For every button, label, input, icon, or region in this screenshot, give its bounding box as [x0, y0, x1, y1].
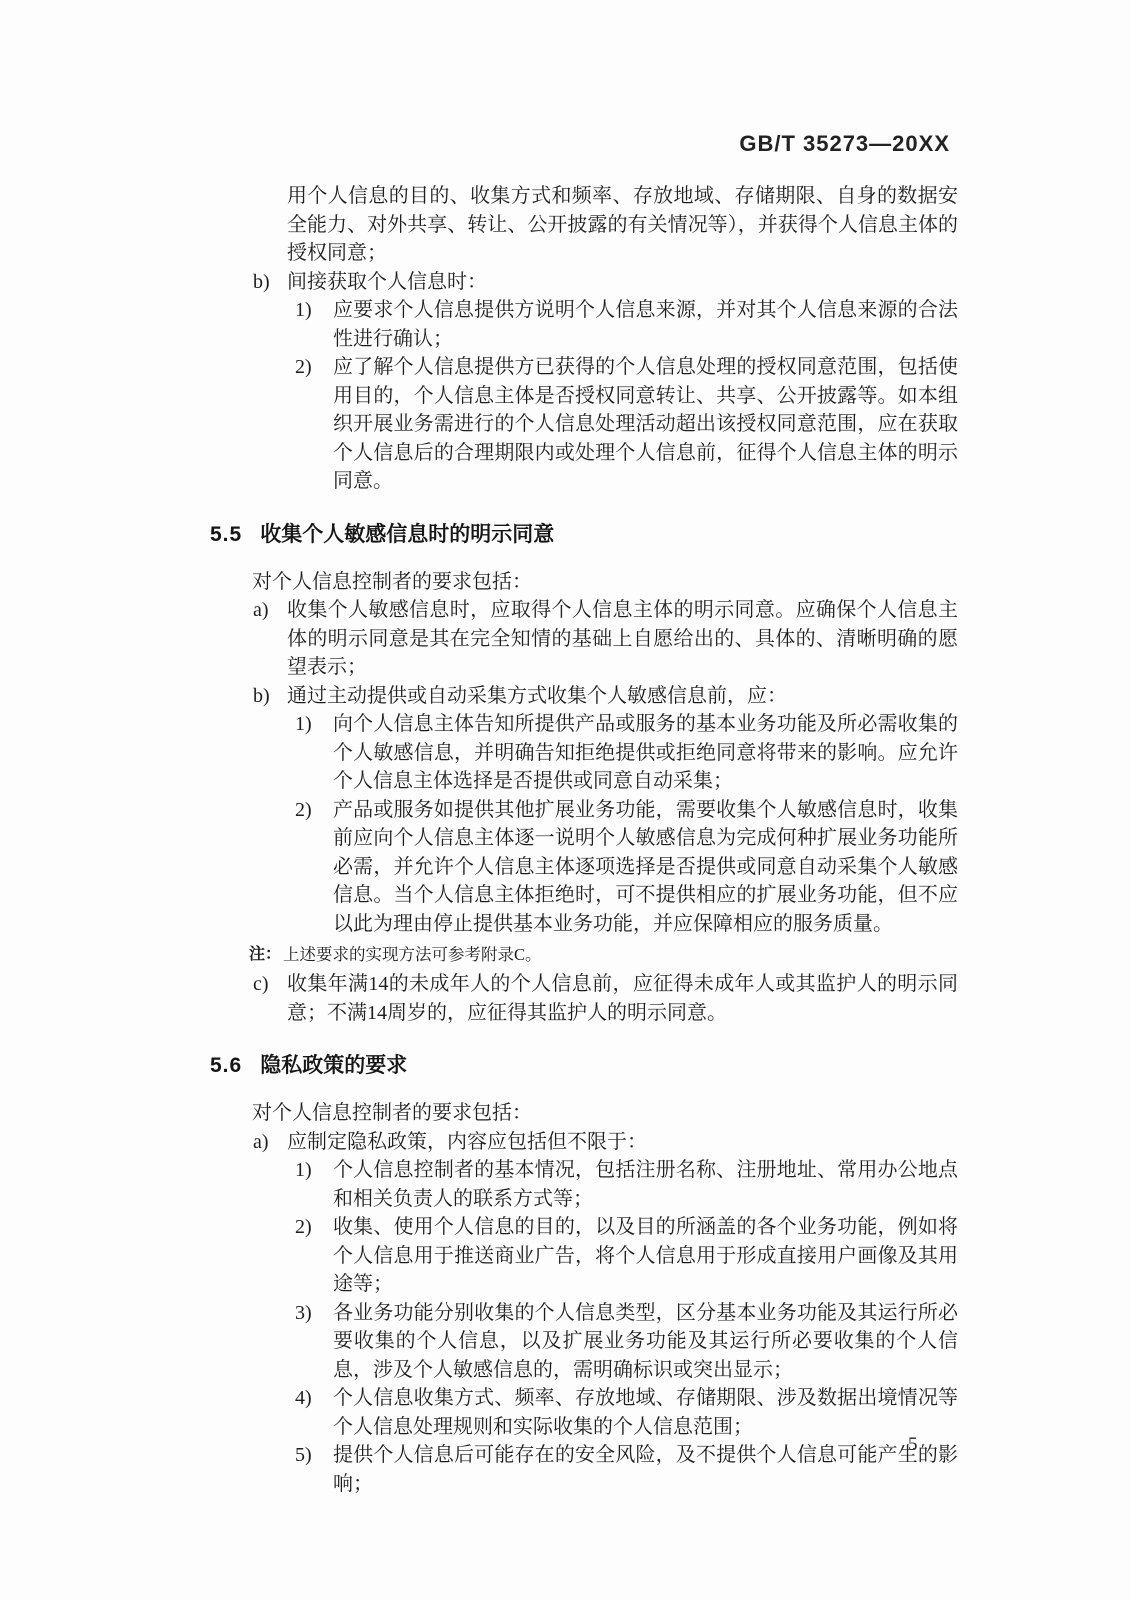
sublist-item-text: 向个人信息主体告知所提供产品或服务的基本业务功能及所必需收集的个人敏感信息，并明…: [333, 710, 958, 796]
note: 注： 上述要求的实现方法可参考附录C。: [249, 943, 958, 966]
note-label: 注：: [249, 943, 283, 966]
sublist-item-text: 收集、使用个人信息的目的，以及目的所涵盖的各个业务功能，例如将个人信息用于推送商…: [333, 1213, 958, 1299]
sublist-item-5: 5) 提供个人信息后可能存在的安全风险，及不提供个人信息可能产生的影响；: [295, 1441, 958, 1498]
list-item-b: b) 间接获取个人信息时：: [253, 268, 958, 297]
list-item-text: 通过主动提供或自动采集方式收集个人敏感信息前，应：: [287, 682, 958, 711]
sublist-item-3: 3) 各业务功能分别收集的个人信息类型，区分基本业务功能及其运行所必要收集的个人…: [295, 1299, 958, 1385]
sublist-label: 3): [295, 1299, 333, 1385]
document-page: GB/T 35273—20XX 用个人信息的目的、收集方式和频率、存放地域、存储…: [0, 0, 1131, 1600]
list-item-text: 收集个人敏感信息时，应取得个人信息主体的明示同意。应确保个人信息主体的明示同意是…: [287, 596, 958, 682]
sublist-item-2: 2) 应了解个人信息提供方已获得的个人信息处理的授权同意范围，包括使用目的，个人…: [295, 353, 958, 496]
section-intro: 对个人信息控制者的要求包括：: [252, 568, 958, 597]
note-text: 上述要求的实现方法可参考附录C。: [283, 943, 958, 966]
sublist-item-text: 产品或服务如提供其他扩展业务功能，需要收集个人敏感信息时，收集前应向个人信息主体…: [333, 796, 958, 939]
list-item-c: c) 收集年满14的未成年人的个人信息前，应征得未成年人或其监护人的明示同意；不…: [253, 970, 958, 1027]
sublist-label: 4): [295, 1384, 333, 1441]
list-label: b): [253, 268, 287, 297]
continuation-paragraph: 用个人信息的目的、收集方式和频率、存放地域、存储期限、自身的数据安全能力、对外共…: [287, 182, 958, 268]
sublist-item-1: 1) 应要求个人信息提供方说明个人信息来源，并对其个人信息来源的合法性进行确认；: [295, 296, 958, 353]
sublist-item-text: 提供个人信息后可能存在的安全风险，及不提供个人信息可能产生的影响；: [333, 1441, 958, 1498]
section-number: 5.5: [210, 523, 242, 546]
list-label: a): [253, 1128, 287, 1157]
list-item-a: a) 收集个人敏感信息时，应取得个人信息主体的明示同意。应确保个人信息主体的明示…: [253, 596, 958, 682]
list-item-a: a) 应制定隐私政策，内容应包括但不限于：: [253, 1128, 958, 1157]
sublist-item-1: 1) 个人信息控制者的基本情况，包括注册名称、注册地址、常用办公地点和相关负责人…: [295, 1156, 958, 1213]
sublist-item-4: 4) 个人信息收集方式、频率、存放地域、存储期限、涉及数据出境情况等个人信息处理…: [295, 1384, 958, 1441]
sublist-label: 5): [295, 1441, 333, 1498]
sublist-label: 2): [295, 353, 333, 496]
sublist-label: 1): [295, 710, 333, 796]
page-number: 5: [908, 1434, 918, 1456]
sublist-item-text: 各业务功能分别收集的个人信息类型，区分基本业务功能及其运行所必要收集的个人信息，…: [333, 1299, 958, 1385]
sublist-item-text: 应了解个人信息提供方已获得的个人信息处理的授权同意范围，包括使用目的，个人信息主…: [333, 353, 958, 496]
sublist-label: 2): [295, 1213, 333, 1299]
list-item-text: 间接获取个人信息时：: [287, 268, 958, 297]
standard-number-header: GB/T 35273—20XX: [0, 132, 950, 156]
section-heading-5-6: 5.6隐私政策的要求: [210, 1051, 958, 1081]
page-body: 用个人信息的目的、收集方式和频率、存放地域、存储期限、自身的数据安全能力、对外共…: [210, 182, 958, 1498]
section-title: 收集个人敏感信息时的明示同意: [260, 523, 554, 546]
list-label: b): [253, 682, 287, 711]
list-label: c): [253, 970, 287, 1027]
sublist-label: 1): [295, 1156, 333, 1213]
sublist-item-text: 应要求个人信息提供方说明个人信息来源，并对其个人信息来源的合法性进行确认；: [333, 296, 958, 353]
section-intro: 对个人信息控制者的要求包括：: [252, 1099, 958, 1128]
sublist-item-2: 2) 收集、使用个人信息的目的，以及目的所涵盖的各个业务功能，例如将个人信息用于…: [295, 1213, 958, 1299]
section-title: 隐私政策的要求: [260, 1054, 407, 1077]
list-label: a): [253, 596, 287, 682]
sublist-item-1: 1) 向个人信息主体告知所提供产品或服务的基本业务功能及所必需收集的个人敏感信息…: [295, 710, 958, 796]
sublist-label: 2): [295, 796, 333, 939]
sublist-label: 1): [295, 296, 333, 353]
sublist-item-2: 2) 产品或服务如提供其他扩展业务功能，需要收集个人敏感信息时，收集前应向个人信…: [295, 796, 958, 939]
sublist-item-text: 个人信息控制者的基本情况，包括注册名称、注册地址、常用办公地点和相关负责人的联系…: [333, 1156, 958, 1213]
section-heading-5-5: 5.5收集个人敏感信息时的明示同意: [210, 520, 958, 550]
section-number: 5.6: [210, 1054, 242, 1077]
list-item-b: b) 通过主动提供或自动采集方式收集个人敏感信息前，应：: [253, 682, 958, 711]
list-item-text: 收集年满14的未成年人的个人信息前，应征得未成年人或其监护人的明示同意；不满14…: [287, 970, 958, 1027]
list-item-text: 应制定隐私政策，内容应包括但不限于：: [287, 1128, 958, 1157]
sublist-item-text: 个人信息收集方式、频率、存放地域、存储期限、涉及数据出境情况等个人信息处理规则和…: [333, 1384, 958, 1441]
